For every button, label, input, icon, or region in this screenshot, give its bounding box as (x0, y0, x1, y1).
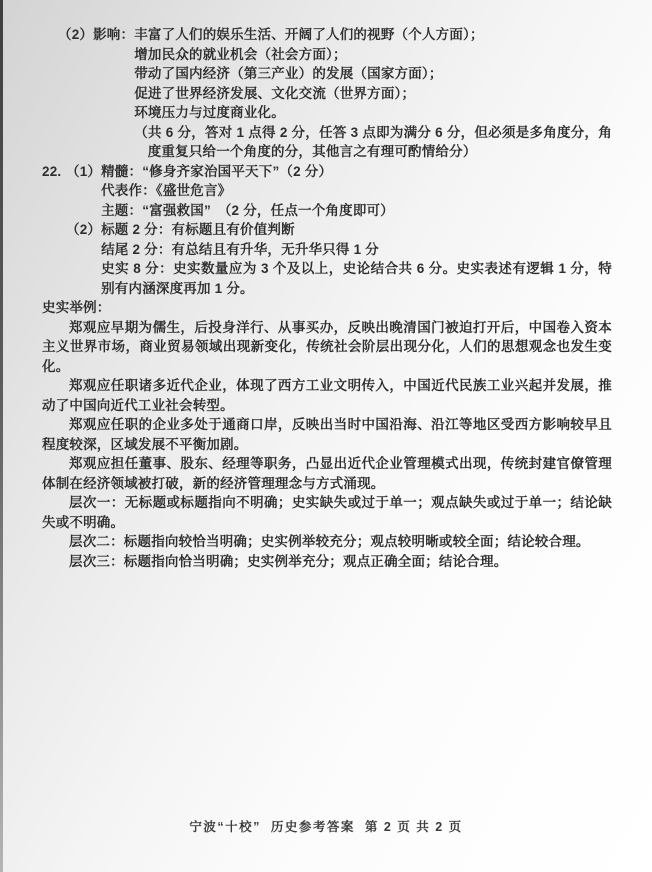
answer-block-22-2: （2） 标题 2 分：有标题且有价值判断 结尾 2 分：有总结且有升华，无升华只… (42, 220, 612, 298)
answer-22-2-label: （2） (66, 220, 101, 240)
answer-21-2-body: 丰富了人们的娱乐生活、开阔了人们的视野（个人方面）； 增加民众的就业机会（社会方… (134, 25, 612, 162)
answer-22-1-body: 精髓：“修身齐家治国平天下”（2 分） 代表作：《盛世危言》 主题：“富强救国”… (101, 162, 612, 221)
rubric-title-points: 标题 2 分：有标题且有价值判断 (101, 220, 612, 240)
answer-block-22-1: 22. （1） 精髓：“修身齐家治国平天下”（2 分） 代表作：《盛世危言》 主… (42, 162, 612, 221)
impact-point-world: 促进了世界经济发展、文化交流（世界方面）； (134, 84, 612, 104)
impact-point-society: 增加民众的就业机会（社会方面）； (134, 45, 612, 65)
answer-22-1-representative-work: 代表作：《盛世危言》 (101, 181, 612, 201)
impact-point-personal: 丰富了人们的娱乐生活、开阔了人们的视野（个人方面）； (134, 25, 612, 45)
answer-21-2-label: （2）影响： (58, 25, 134, 45)
answer-block-21-2: （2）影响： 丰富了人们的娱乐生活、开阔了人们的视野（个人方面）； 增加民众的就… (42, 25, 612, 162)
footer-school-name: 宁波“十校” (189, 820, 261, 834)
answer-content: （2）影响： 丰富了人们的娱乐生活、开阔了人们的视野（个人方面）； 增加民众的就… (42, 25, 612, 571)
grading-level-1: 层次一：无标题或标题指向不明确；史实缺失或过于单一；观点缺失或过于单一；结论缺失… (42, 493, 612, 532)
answer-22-2-body: 标题 2 分：有标题且有价值判断 结尾 2 分：有总结且有升华，无升华只得 1 … (101, 220, 612, 298)
impact-point-negative: 环境压力与过度商业化。 (134, 103, 612, 123)
footer-document-title: 历史参考答案 (271, 820, 355, 834)
page-left-edge-shadow (0, 0, 3, 872)
impact-point-nation: 带动了国内经济（第三产业）的发展（国家方面）； (134, 64, 612, 84)
grading-level-3: 层次三：标题指向恰当明确；史实例举充分；观点正确全面；结论合理。 (42, 552, 612, 572)
rubric-ending-points: 结尾 2 分：有总结且有升华，无升华只得 1 分 (101, 240, 612, 260)
answer-22-1-label: （1） (66, 162, 101, 182)
example-paragraph-enterprises: 郑观应任职诸多近代企业，体现了西方工业文明传入，中国近代民族工业兴起并发展，推动… (42, 376, 612, 415)
example-paragraph-management: 郑观应担任董事、股东、经理等职务，凸显出近代企业管理模式出现，传统封建官僚管理体… (42, 454, 612, 493)
grading-level-2: 层次二：标题指向较恰当明确；史实例举较充分；观点较明晰或较全面；结论较合理。 (42, 532, 612, 552)
page-footer: 宁波“十校”历史参考答案第 2 页 共 2 页 (0, 818, 652, 838)
answer-22-1-theme: 主题：“富强救国” （2 分，任点一个角度即可） (101, 201, 612, 221)
document-page: （2）影响： 丰富了人们的娱乐生活、开阔了人们的视野（个人方面）； 增加民众的就… (0, 0, 652, 872)
footer-pagination: 第 2 页 共 2 页 (365, 820, 463, 834)
scoring-note-21-2: （共 6 分，答对 1 点得 2 分，任答 3 点即为满分 6 分，但必须是多角… (134, 123, 612, 162)
question-22-number: 22. (42, 162, 66, 182)
answer-22-1-essence: 精髓：“修身齐家治国平天下”（2 分） (101, 162, 612, 182)
example-paragraph-treaty-ports: 郑观应任职的企业多处于通商口岸，反映出当时中国沿海、沿江等地区受西方影响较早且程… (42, 415, 612, 454)
example-paragraph-merchant: 郑观应早期为儒生，后投身洋行、从事买办，反映出晚清国门被迫打开后，中国卷入资本主… (42, 318, 612, 377)
rubric-facts-points: 史实 8 分：史实数量应为 3 个及以上，史论结合共 6 分。史实表述有逻辑 1… (101, 259, 612, 298)
examples-heading: 史实举例： (42, 298, 612, 318)
